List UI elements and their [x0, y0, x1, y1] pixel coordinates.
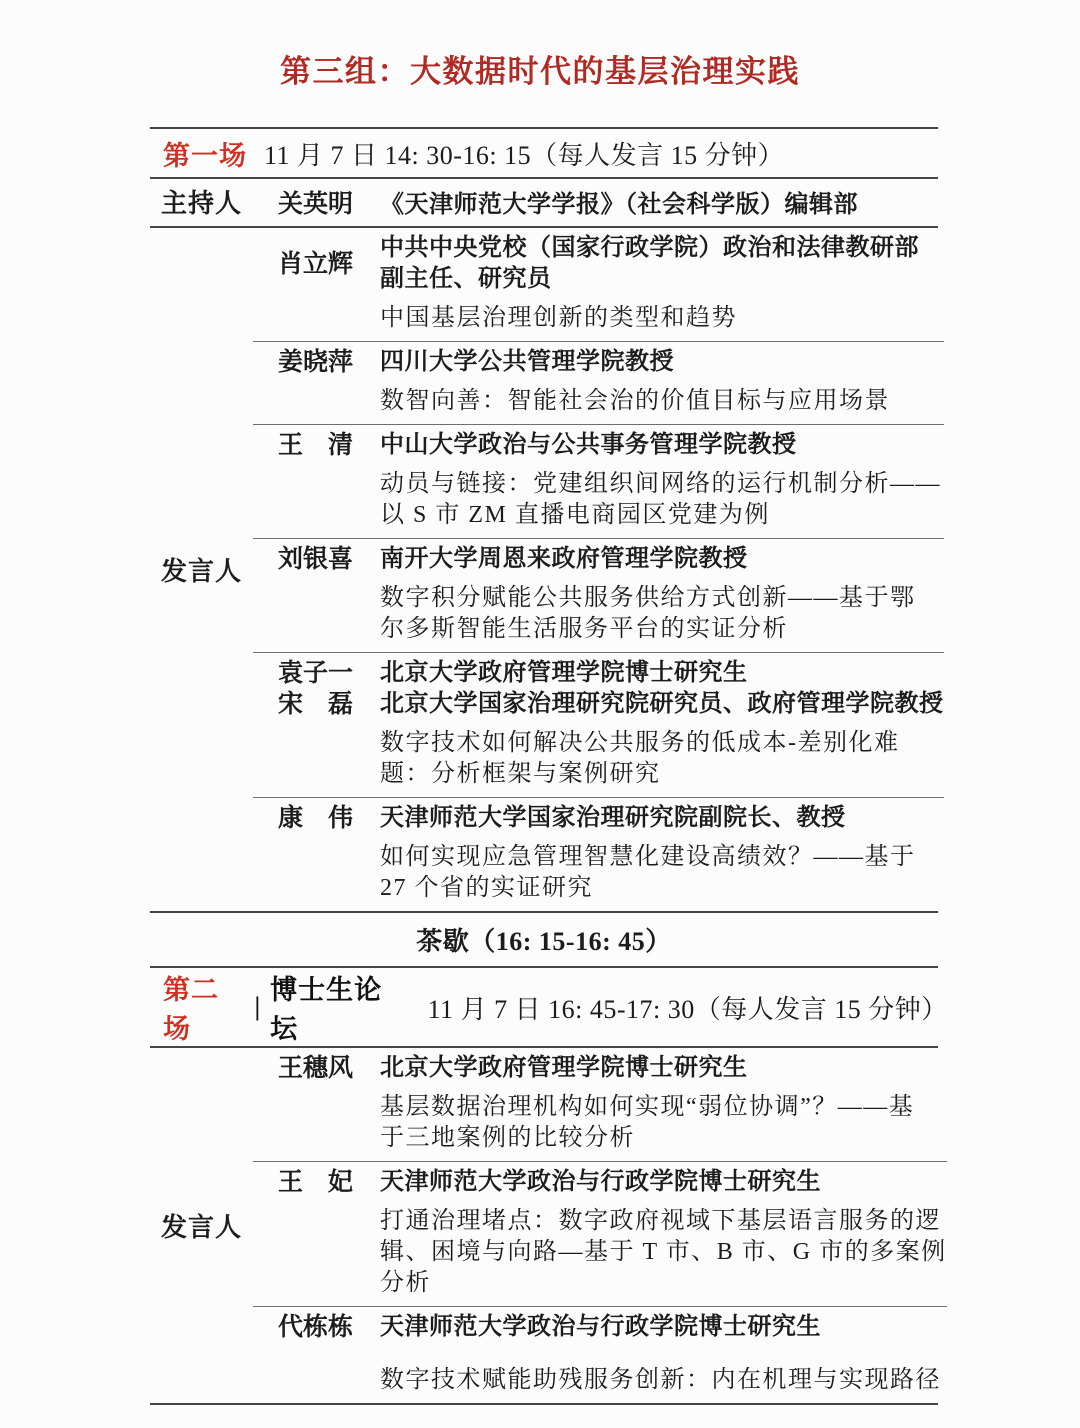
page-title: 第三组：大数据时代的基层治理实践 — [0, 46, 1080, 91]
schedule-table: 第一场 11 月 7 日 14: 30-16: 15（每人发言 15 分钟） 主… — [150, 127, 938, 1405]
speaker-row-daidongdong: 代栋栋 天津师范大学政治与行政学院博士研究生 数字技术赋能助残服务创新：内在机理… — [253, 1307, 947, 1403]
speaker-affiliation: 北京大学政府管理学院博士研究生 — [380, 658, 944, 689]
paper-title: 打通治理堵点：数字政府视域下基层语言服务的逻 辑、困境与向路—基于 T 市、B … — [380, 1206, 947, 1299]
separator-bar: | — [254, 992, 260, 1022]
paper-title: 数字技术赋能助残服务创新：内在机理与实现路径 — [380, 1365, 947, 1396]
speaker-affil-line: 肖立辉 中共中央党校（国家行政学院）政治和法律教研部 副主任、研究员 — [253, 233, 944, 295]
session-2-speaker-rows: 王穗风 北京大学政府管理学院博士研究生 基层数据治理机构如何实现“弱位协调”？—… — [253, 1048, 947, 1403]
paper-title: 动员与链接：党建组织间网络的运行机制分析—— 以 S 市 ZM 直播电商园区党建… — [380, 469, 944, 531]
speaker-affiliation: 天津师范大学政治与行政学院博士研究生 — [380, 1312, 947, 1343]
speaker-name: 康 伟 — [253, 803, 380, 834]
speaker-affiliation: 北京大学政府管理学院博士研究生 — [380, 1053, 947, 1084]
session-1-label: 第一场 — [163, 134, 247, 173]
host-affiliation: 《天津师范大学学报》（社会科学版）编辑部 — [380, 184, 938, 219]
session-1-header: 第一场 11 月 7 日 14: 30-16: 15（每人发言 15 分钟） — [150, 129, 938, 179]
speaker-affil-line: 姜晓萍 四川大学公共管理学院教授 — [253, 347, 944, 378]
speaker-affil-line: 王 清 中山大学政治与公共事务管理学院教授 — [253, 430, 944, 461]
speaker-name: 袁子一 — [253, 658, 380, 689]
speaker-row-yuanziyi-songlei: 袁子一 北京大学政府管理学院博士研究生 宋 磊 北京大学国家治理研究院研究员、政… — [253, 653, 944, 798]
speaker-name: 姜晓萍 — [253, 347, 380, 378]
speaker-row-jiangxiaoping: 姜晓萍 四川大学公共管理学院教授 数智向善：智能社会治的价值目标与应用场景 — [253, 342, 944, 425]
speaker-affil-line: 代栋栋 天津师范大学政治与行政学院博士研究生 — [253, 1312, 947, 1343]
speaker-affiliation: 天津师范大学国家治理研究院副院长、教授 — [380, 803, 944, 834]
paper-title: 数智向善：智能社会治的价值目标与应用场景 — [380, 386, 944, 417]
speaker-row-wangqing: 王 清 中山大学政治与公共事务管理学院教授 动员与链接：党建组织间网络的运行机制… — [253, 425, 944, 539]
session-1-speakers-block: 发言人 肖立辉 中共中央党校（国家行政学院）政治和法律教研部 副主任、研究员 中… — [150, 228, 938, 913]
speaker-row-wangsuifeng: 王穗风 北京大学政府管理学院博士研究生 基层数据治理机构如何实现“弱位协调”？—… — [253, 1048, 947, 1162]
speaker-name: 王穗风 — [253, 1053, 380, 1084]
speaker-name: 王 清 — [253, 430, 380, 461]
speaker-affiliation: 中山大学政治与公共事务管理学院教授 — [380, 430, 944, 461]
speaker-affiliation: 中共中央党校（国家行政学院）政治和法律教研部 副主任、研究员 — [380, 233, 944, 295]
speaker-name: 代栋栋 — [253, 1312, 380, 1343]
paper-title: 如何实现应急管理智慧化建设高绩效？——基于 27 个省的实证研究 — [380, 842, 944, 904]
speaker-name: 肖立辉 — [253, 249, 380, 280]
paper-title: 数字积分赋能公共服务供给方式创新——基于鄂 尔多斯智能生活服务平台的实证分析 — [380, 583, 944, 645]
paper-title: 数字技术如何解决公共服务的低成本-差别化难 题：分析框架与案例研究 — [380, 728, 944, 790]
session-1-speaker-rows: 肖立辉 中共中央党校（国家行政学院）政治和法律教研部 副主任、研究员 中国基层治… — [253, 228, 944, 911]
speaker-affiliation: 北京大学国家治理研究院研究员、政府管理学院教授 — [380, 689, 944, 720]
host-name: 关英明 — [253, 184, 380, 220]
speaker-affil-line: 刘银喜 南开大学周恩来政府管理学院教授 — [253, 544, 944, 575]
host-role-label: 主持人 — [150, 183, 253, 220]
tea-break-label: 茶歇（16: 15-16: 45） — [416, 921, 671, 958]
paper-title: 基层数据治理机构如何实现“弱位协调”？——基 于三地案例的比较分析 — [380, 1092, 947, 1154]
session-2-label: 第二场 — [163, 968, 245, 1046]
speaker-affil-line: 宋 磊 北京大学国家治理研究院研究员、政府管理学院教授 — [253, 689, 944, 720]
session-2-subtitle: 博士生论坛 — [270, 968, 407, 1046]
speaker-affil-line: 袁子一 北京大学政府管理学院博士研究生 — [253, 658, 944, 689]
host-row: 主持人 关英明 《天津师范大学学报》（社会科学版）编辑部 — [150, 179, 938, 228]
paper-title: 中国基层治理创新的类型和趋势 — [380, 303, 944, 334]
speaker-affil-line: 康 伟 天津师范大学国家治理研究院副院长、教授 — [253, 803, 944, 834]
session-2-speakers-block: 发言人 王穗风 北京大学政府管理学院博士研究生 基层数据治理机构如何实现“弱位协… — [150, 1048, 938, 1405]
session-1-schedule: 11 月 7 日 14: 30-16: 15（每人发言 15 分钟） — [264, 135, 784, 172]
session-2-speakers-role-label: 发言人 — [150, 1048, 253, 1403]
session-2-schedule: 11 月 7 日 16: 45-17: 30（每人发言 15 分钟） — [428, 989, 938, 1026]
speaker-affiliation: 四川大学公共管理学院教授 — [380, 347, 944, 378]
speaker-affiliation: 南开大学周恩来政府管理学院教授 — [380, 544, 944, 575]
speaker-name: 刘银喜 — [253, 544, 380, 575]
speaker-name: 宋 磊 — [253, 689, 380, 720]
speaker-affiliation: 天津师范大学政治与行政学院博士研究生 — [380, 1167, 947, 1198]
session-2-header: 第二场 | 博士生论坛 11 月 7 日 16: 45-17: 30（每人发言 … — [150, 968, 938, 1048]
tea-break-row: 茶歇（16: 15-16: 45） — [150, 913, 938, 968]
program-page: 第三组：大数据时代的基层治理实践 第一场 11 月 7 日 14: 30-16:… — [0, 0, 1080, 1428]
speaker-name: 王 妃 — [253, 1167, 380, 1198]
speaker-row-liuyinxi: 刘银喜 南开大学周恩来政府管理学院教授 数字积分赋能公共服务供给方式创新——基于… — [253, 539, 944, 653]
speaker-row-xiaolihui: 肖立辉 中共中央党校（国家行政学院）政治和法律教研部 副主任、研究员 中国基层治… — [253, 228, 944, 342]
speaker-row-kangwei: 康 伟 天津师范大学国家治理研究院副院长、教授 如何实现应急管理智慧化建设高绩效… — [253, 798, 944, 911]
speaker-row-wangfei: 王 妃 天津师范大学政治与行政学院博士研究生 打通治理堵点：数字政府视域下基层语… — [253, 1162, 947, 1307]
speaker-affil-line: 王 妃 天津师范大学政治与行政学院博士研究生 — [253, 1167, 947, 1198]
session-1-speakers-role-label: 发言人 — [150, 228, 253, 911]
speaker-affil-line: 王穗风 北京大学政府管理学院博士研究生 — [253, 1053, 947, 1084]
